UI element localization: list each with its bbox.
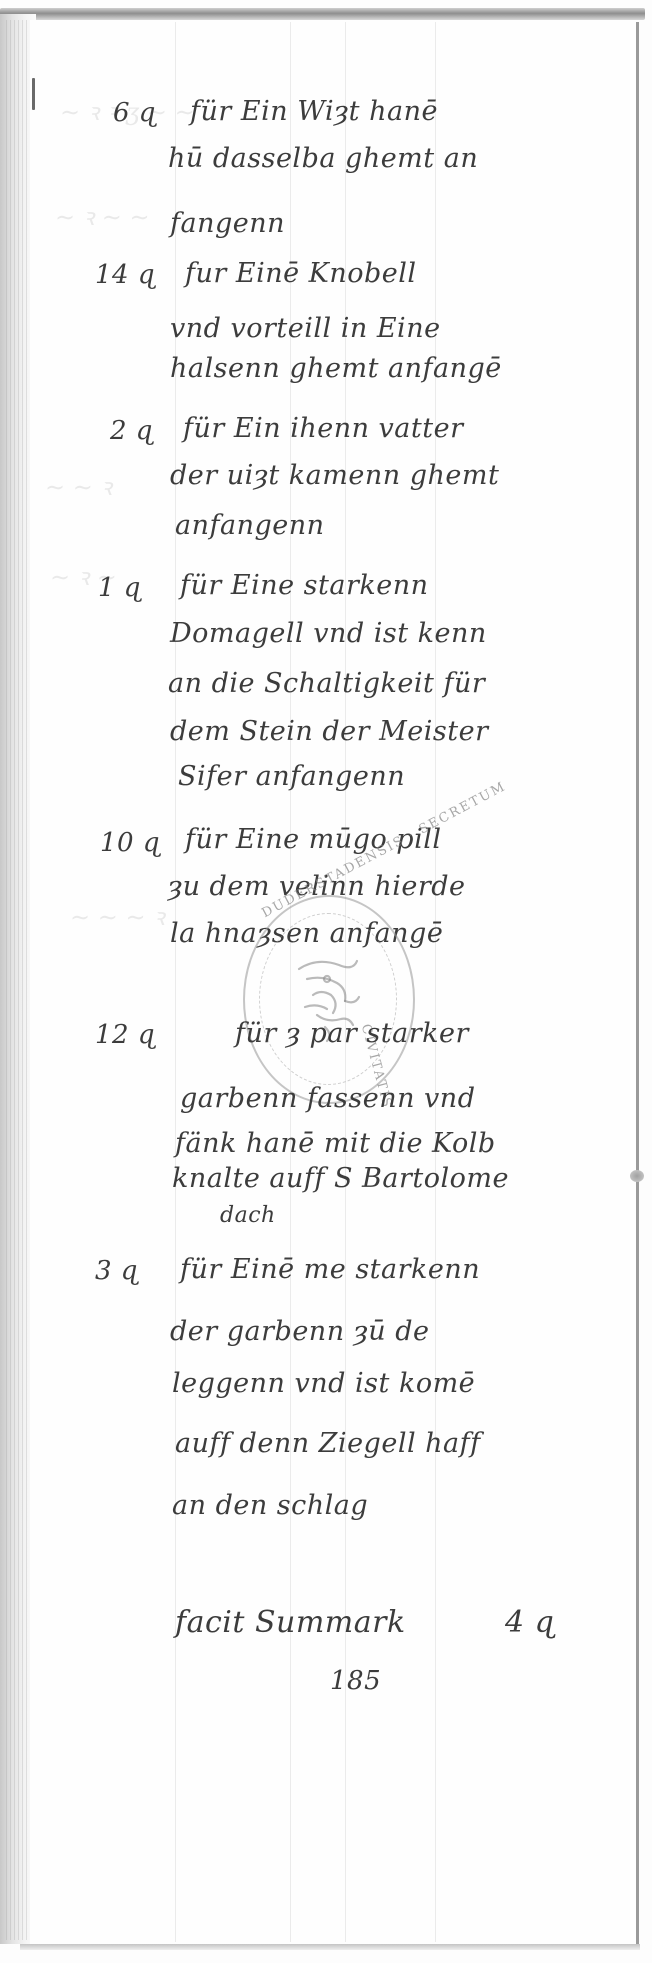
entry-amount: 1 ɋ (98, 575, 141, 601)
entry-line: an den schlag (172, 1492, 368, 1519)
entry-line: für Einē me starkenn (180, 1256, 480, 1283)
entry-amount: 12 ɋ (95, 1022, 155, 1048)
entry-line: der garbenn ȝū de (170, 1318, 429, 1345)
entry-line: auff denn Ziegell haff (175, 1430, 481, 1457)
bleed-through-text: ∼ ∼ ꝛ (45, 470, 112, 503)
entry-line: für Eine starkenn (180, 572, 429, 599)
top-binding-edge (0, 8, 645, 20)
bottom-page-edge (20, 1944, 640, 1950)
entry-line: halsenn ghemt anfangē (170, 355, 502, 382)
entry-line: hū dasselba ghemt an (168, 145, 478, 172)
entry-line: Sifer anfangenn (178, 763, 405, 790)
city-seal-stamp: DUDERSTADENSIS · SECRETUM CIVITATIS (243, 895, 415, 1104)
entry-line: vnd vorteill in Eine (170, 315, 441, 342)
entry-line: für Ein Wiȝt hanē (190, 98, 438, 125)
entry-amount: 3 ɋ (95, 1258, 138, 1284)
entry-line: garbenn fassenn vnd (180, 1085, 475, 1112)
entry-line: fur Einē Knobell (185, 260, 417, 287)
total-label: facit Summark (175, 1608, 406, 1638)
entry-line: für ȝ par starker (235, 1020, 469, 1047)
entry-line: leggenn vnd ist komē (172, 1370, 475, 1397)
folio-number: 185 (330, 1668, 381, 1694)
right-page-edge (636, 22, 639, 1950)
binding-thread-knot (630, 1170, 644, 1182)
entry-line: fangenn (170, 210, 285, 237)
entry-amount: 2 ɋ (110, 418, 153, 444)
entry-amount: 10 ɋ (100, 830, 160, 856)
entry-amount: 14 ɋ (95, 262, 155, 288)
entry-line: anfangenn (175, 512, 325, 539)
entry-line: für Ein ihenn vatter (183, 415, 464, 442)
entry-line: dem Stein der Meister (170, 718, 488, 745)
paper-ruling (175, 22, 176, 1942)
manuscript-frame: ∼ ꝛ ꝛ ʒ ∼ ∼ ∼ ꝛ ∼ ∼ ∼ ∼ ꝛ ∼ ꝛ ∼ ∼ ∼ ∼ ꝛ … (0, 0, 652, 1963)
gutter-page-edges (6, 20, 30, 1940)
entry-amount: 6 ɋ (113, 100, 156, 126)
interlinear-insertion: dach (220, 1205, 276, 1227)
bleed-through-text: ∼ ∼ ∼ ꝛ (70, 900, 165, 933)
margin-mark (32, 78, 35, 110)
entry-line: an die Schaltigkeit für (168, 670, 485, 697)
total-value: 4 ɋ (505, 1608, 554, 1638)
entry-line: der uiȝt kamenn ghemt (170, 462, 499, 489)
bleed-through-text: ∼ ꝛ ∼ ∼ (55, 200, 150, 233)
paper-ruling (435, 22, 436, 1942)
entry-line: fänk hanē mit die Kolb (175, 1130, 496, 1157)
entry-line: knalte auff S Bartolome (172, 1165, 509, 1192)
entry-line: Domagell vnd ist kenn (170, 620, 487, 647)
